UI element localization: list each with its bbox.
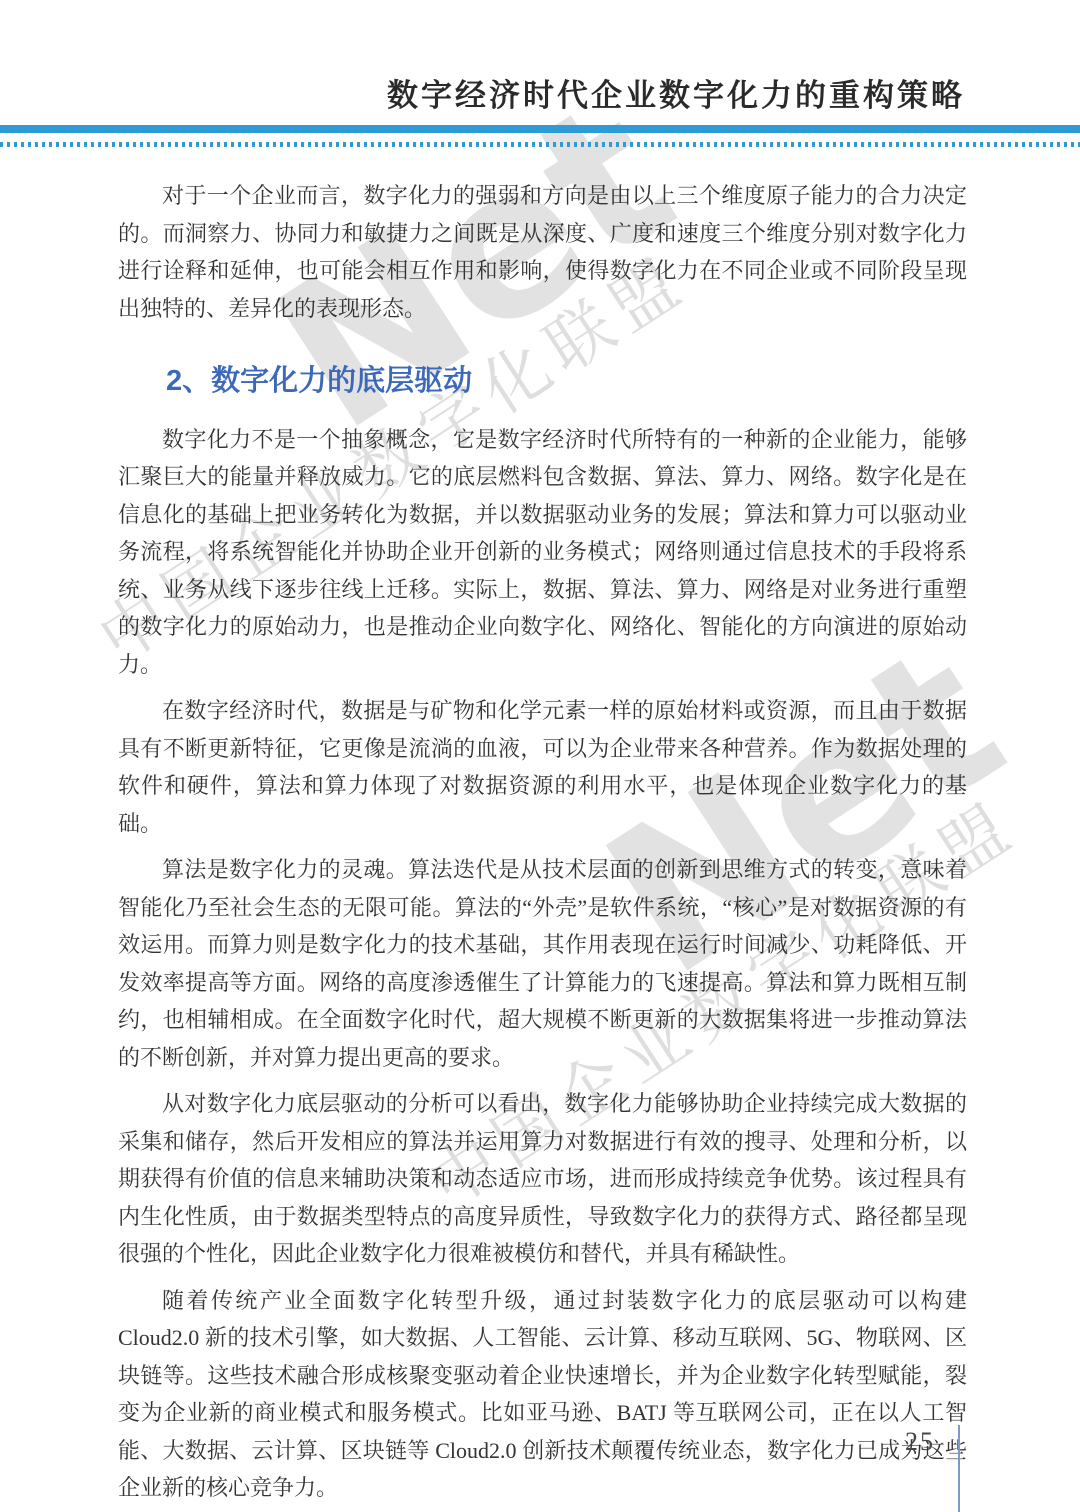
body-paragraph: 随着传统产业全面数字化转型升级，通过封装数字化力的底层驱动可以构建 Cloud2… [118, 1282, 967, 1507]
section-heading: 2、数字化力的底层驱动 [118, 363, 967, 401]
footer-accent-bar [958, 1425, 960, 1512]
body-paragraph: 在数字经济时代，数据是与矿物和化学元素一样的原始材料或资源，而且由于数据具有不断… [118, 692, 967, 842]
body-paragraph: 对于一个企业而言，数字化力的强弱和方向是由以上三个维度原子能力的合力决定的。而洞… [118, 177, 967, 327]
body-paragraph: 数字化力不是一个抽象概念，它是数字经济时代所特有的一种新的企业能力，能够汇聚巨大… [118, 421, 967, 684]
document-body: 对于一个企业而言，数字化力的强弱和方向是由以上三个维度原子能力的合力决定的。而洞… [0, 147, 1080, 1507]
page-header-title: 数字经济时代企业数字化力的重构策略 [0, 70, 1080, 115]
document-page: Net 中国企业数字化联盟 Net 中国企业数字化联盟 数字经济时代企业数字化力… [0, 0, 1080, 1512]
body-paragraph: 算法是数字化力的灵魂。算法迭代是从技术层面的创新到思维方式的转变，意味着智能化乃… [118, 851, 967, 1076]
body-paragraph: 从对数字化力底层驱动的分析可以看出，数字化力能够协助企业持续完成大数据的采集和储… [118, 1085, 967, 1273]
header-rule [0, 125, 1080, 133]
page-number: 25 [905, 1427, 935, 1457]
page-header: 数字经济时代企业数字化力的重构策略 [0, 0, 1080, 147]
